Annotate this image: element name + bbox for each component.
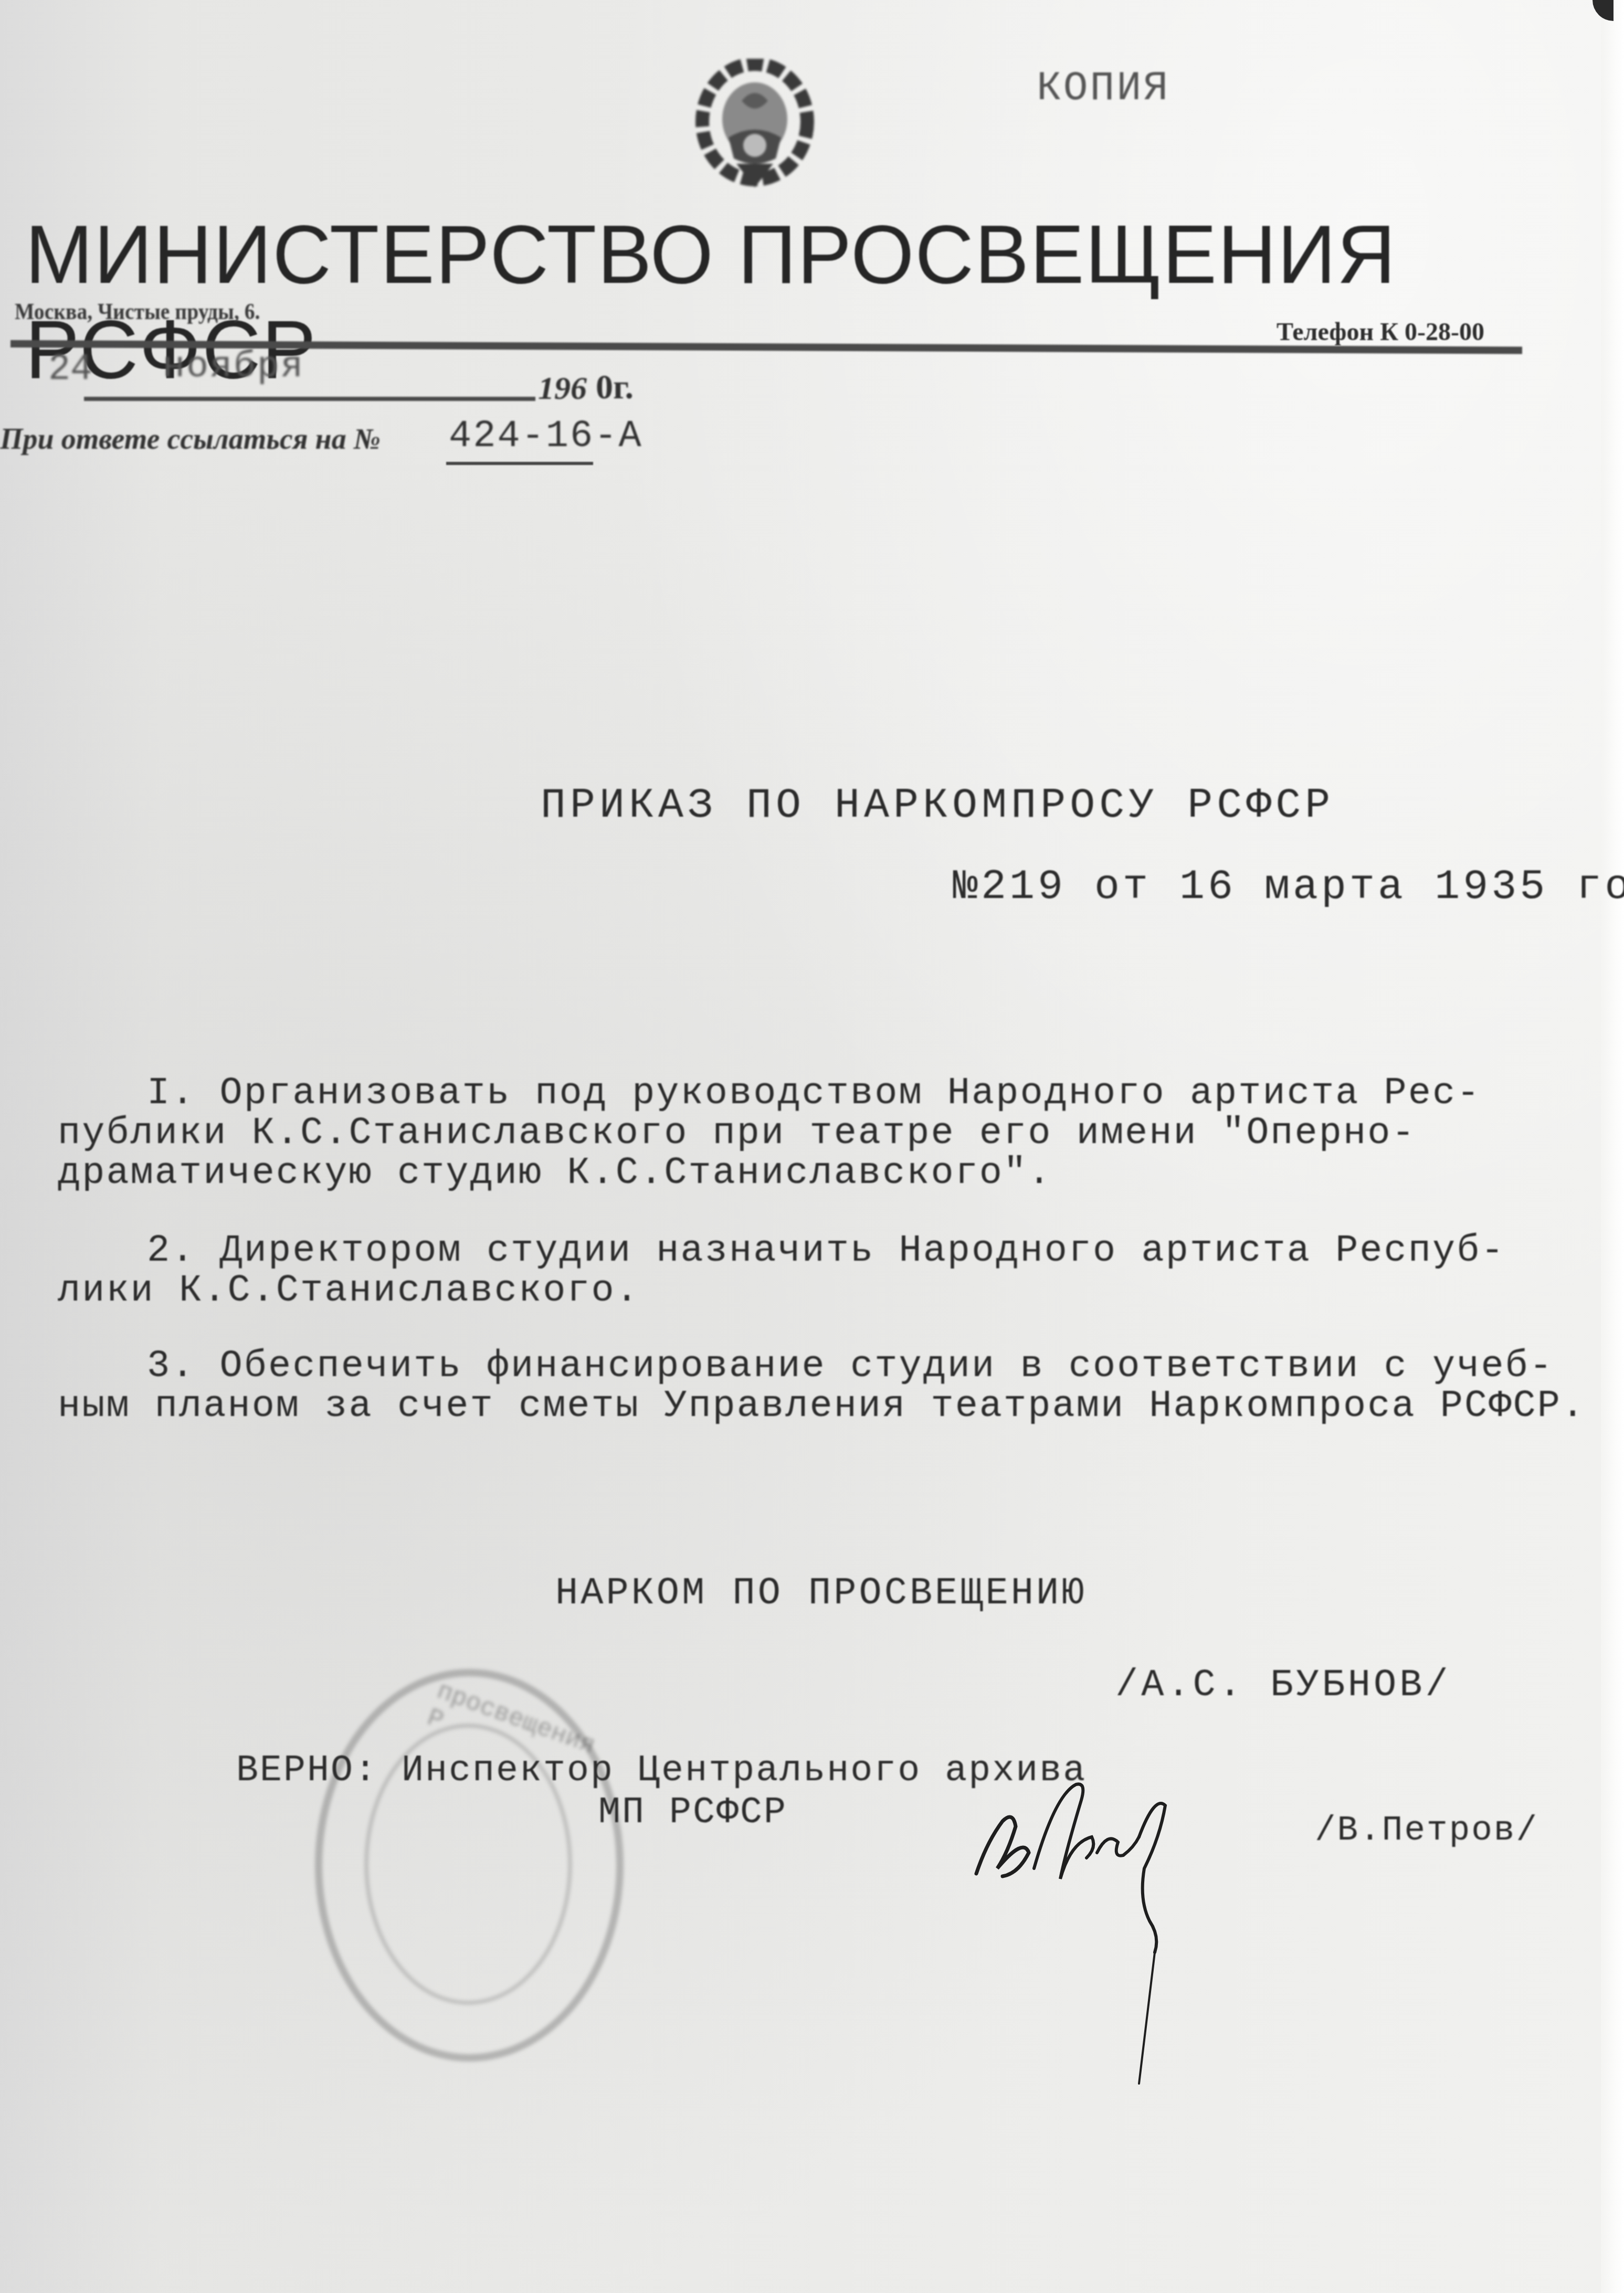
paragraph-line: 2. Директором студии назначить Народного…: [58, 1231, 1505, 1271]
date-year-suffix: 0г.: [596, 367, 634, 407]
date-year-prefix: 196: [538, 370, 587, 407]
certification-line-1: ВЕРНО: Инспектор Центрального архива: [236, 1750, 1087, 1792]
letterhead-phone: Телефон К 0-28-00: [1277, 318, 1484, 346]
certifier-name: /В.Петров/: [1315, 1811, 1538, 1850]
order-paragraph-3: 3. Обеспечить финансирование студии в со…: [58, 1346, 1586, 1426]
round-seal-stamp-icon: просвещения Р: [315, 1669, 624, 2062]
order-title: ПРИКАЗ ПО НАРКОМПРОСУ РСФСР: [541, 782, 1334, 830]
order-paragraph-2: 2. Директором студии назначить Народного…: [58, 1231, 1505, 1311]
certification-line-2: МП РСФСР: [598, 1792, 787, 1834]
paragraph-line: ным планом за счет сметы Управления теат…: [58, 1386, 1586, 1426]
paragraph-line: драматическую студию К.С.Станиславского"…: [58, 1153, 1481, 1193]
handwritten-signature-icon: [966, 1763, 1344, 2089]
paragraph-line: лики К.С.Станиславского.: [58, 1271, 1505, 1311]
date-underline: [84, 397, 535, 401]
copy-mark: КОПИЯ: [1037, 66, 1170, 112]
paragraph-line: I. Организовать под руководством Народно…: [58, 1073, 1481, 1113]
signatory-position: НАРКОМ ПО ПРОСВЕЩЕНИЮ: [555, 1572, 1087, 1615]
reference-number: 424-16-А: [449, 415, 643, 458]
order-paragraph-1: I. Организовать под руководством Народно…: [58, 1073, 1481, 1193]
coat-of-arms-icon: [692, 59, 818, 190]
date-month: ноября: [163, 346, 304, 388]
reference-underline: [446, 462, 593, 465]
paragraph-line: 3. Обеспечить финансирование студии в со…: [58, 1346, 1586, 1386]
signatory-name: /А.С. БУБНОВ/: [1115, 1664, 1451, 1707]
paragraph-line: публики К.С.Станиславского при театре ег…: [58, 1113, 1481, 1153]
date-day: 24: [48, 349, 92, 390]
reference-label: При ответе ссылаться на №: [0, 422, 381, 456]
letterhead-address: Москва, Чистые пруды, 6.: [15, 298, 260, 325]
order-number-date: №219 от 16 марта 1935 года.: [953, 863, 1624, 911]
paper-edge: [1601, 0, 1624, 2293]
